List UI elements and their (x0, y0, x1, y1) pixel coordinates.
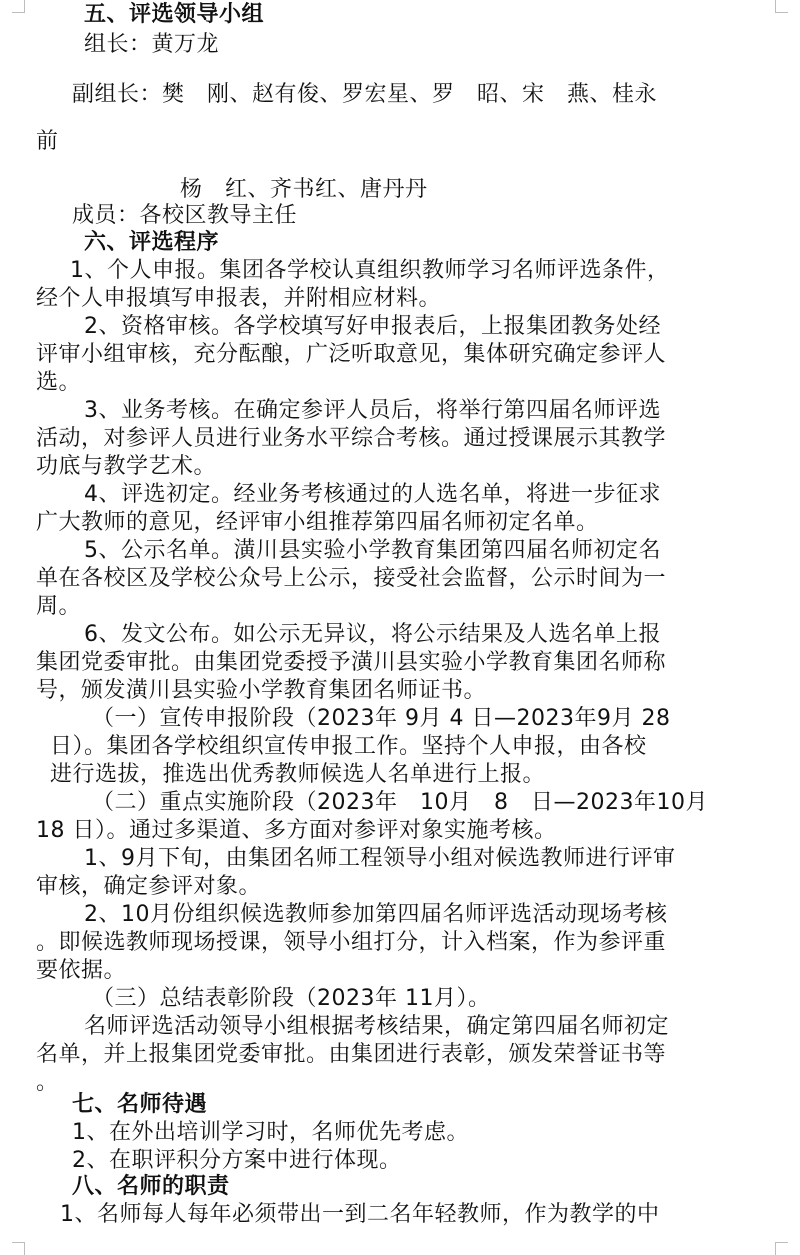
text-line: 经个人申报填写申报表，并附相应材料。 (36, 286, 441, 312)
text-line: 1、名师每人每年必须带出一到二名年轻教师，作为教学的中 (60, 1202, 660, 1228)
text-line: 2、资格审核。各学校填写好申报表后，上报集团教务处经 (84, 314, 661, 340)
text-line: （二）重点实施阶段（2023年 10月 8 日—2023年10月 (92, 790, 708, 816)
text-line: 号，颁发潢川县实验小学教育集团名师证书。 (36, 678, 486, 704)
text-line: 1、9月下旬，由集团名师工程领导小组对候选教师进行评审 (84, 846, 676, 872)
text-line: 18 日）。通过多渠道、多方面对参评对象实施考核。 (36, 818, 557, 844)
text-line: 单在各校区及学校公众号上公示，接受社会监督，公示时间为一 (36, 566, 666, 592)
section-heading: 八、名师的职责 (72, 1174, 230, 1200)
text-line: 功底与教学艺术。 (36, 454, 216, 480)
text-line: 活动，对参评人员进行业务水平综合考核。通过授课展示其教学 (36, 426, 666, 452)
text-line: 前 (36, 129, 59, 155)
text-line: （一）宣传申报阶段（2023年 9月 4 日—2023年9月 28 (92, 706, 670, 732)
text-line: 5、公示名单。潢川县实验小学教育集团第四届名师初定名 (84, 538, 661, 564)
text-line: 评审小组审核，充分酝酿，广泛听取意见，集体研究确定参评人 (36, 342, 666, 368)
text-line: 1、在外出培训学习时，名师优先考虑。 (72, 1120, 469, 1146)
text-line: 组长：黄万龙 (84, 32, 219, 58)
text-line: 要依据。 (36, 958, 126, 984)
text-line: 进行选拔，推选出优秀教师候选人名单进行上报。 (50, 762, 545, 788)
text-line: 2、在职评积分方案中进行体现。 (72, 1148, 402, 1174)
text-line: 名师评选活动领导小组根据考核结果，确定第四届名师初定 (84, 1014, 669, 1040)
text-line: 日）。集团各学校组织宣传申报工作。坚持个人申报，由各校 (50, 734, 647, 760)
text-line: （三）总结表彰阶段（2023年 11月）。 (92, 986, 490, 1012)
text-line: 名单，并上报集团党委审批。由集团进行表彰，颁发荣誉证书等 (36, 1042, 666, 1068)
text-line: 1、个人申报。集团各学校认真组织教师学习名师评选条件， (70, 258, 670, 284)
text-line: 成员：各校区教导主任 (72, 203, 297, 229)
section-heading: 五、评选领导小组 (84, 2, 264, 28)
text-line: 6、发文公布。如公示无异议，将公示结果及人选名单上报 (84, 622, 661, 648)
text-line: 集团党委审批。由集团党委授予潢川县实验小学教育集团名师称 (36, 650, 666, 676)
text-line: 周。 (36, 594, 81, 620)
page-corner-mark-top-left (12, 0, 25, 13)
page-corner-mark-bottom-right (775, 1242, 788, 1255)
section-heading: 七、名师待遇 (72, 1092, 207, 1118)
text-line: 审核，确定参评对象。 (36, 874, 261, 900)
text-line: 4、评选初定。经业务考核通过的人选名单，将进一步征求 (84, 482, 661, 508)
text-line: 广大教师的意见，经评审小组推荐第四届名师初定名单。 (36, 510, 599, 536)
text-line: 。即候选教师现场授课，领导小组打分，计入档案，作为参评重 (36, 930, 666, 956)
page-corner-mark-top-right (775, 0, 788, 13)
section-heading: 六、评选程序 (84, 230, 219, 256)
text-line: 选。 (36, 370, 81, 396)
text-line: 副组长：樊 刚、赵有俊、罗宏星、罗 昭、宋 燕、桂永 (72, 82, 657, 108)
text-line: 杨 红、齐书红、唐丹丹 (180, 177, 428, 203)
page-corner-mark-bottom-left (12, 1242, 25, 1255)
text-line: 。 (36, 1070, 59, 1096)
text-line: 3、业务考核。在确定参评人员后，将举行第四届名师评选 (84, 398, 661, 424)
text-line: 2、10月份组织候选教师参加第四届名师评选活动现场考核 (84, 902, 668, 928)
